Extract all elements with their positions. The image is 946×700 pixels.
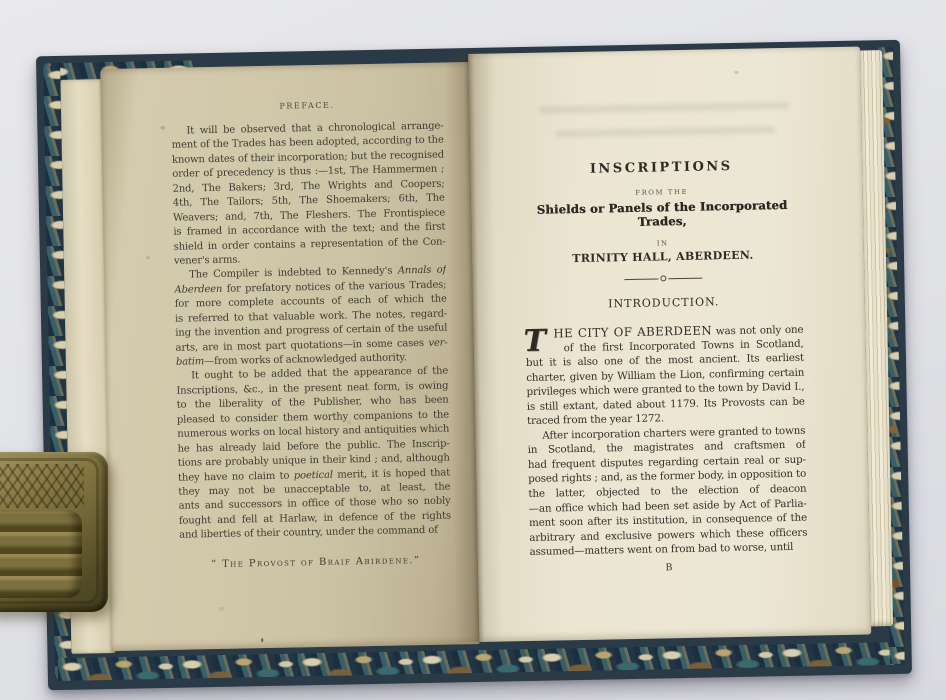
from-the-label: FROM THE — [523, 186, 801, 199]
preface-heading: PREFACE. — [171, 99, 443, 113]
showthrough-line — [556, 126, 776, 137]
title-and-introduction-block: INSCRIPTIONS FROM THE Shields or Panels … — [522, 158, 808, 576]
foxing-spot — [146, 256, 150, 259]
showthrough-line — [539, 102, 789, 114]
photo-background: { "left_page": { "running_head": "PREFAC… — [0, 0, 946, 700]
introduction-heading: INTRODUCTION. — [525, 294, 803, 312]
page-stains — [468, 47, 860, 55]
provost-quote: “ The Provost of Braif Abirdene.” — [180, 554, 452, 570]
intro-paragraph-1-wrap: T HE CITY OF ABERDEEN was not only oneof… — [525, 322, 805, 429]
ink-speck — [261, 638, 263, 642]
clamp-fingers — [0, 510, 82, 598]
intro-paragraph-2: After incorporation charters were grante… — [527, 423, 807, 559]
foxing-spot — [219, 607, 225, 611]
divider-bar — [668, 277, 702, 279]
inscriptions-title: INSCRIPTIONS — [522, 158, 800, 178]
preface-text-block: PREFACE. It will be observed that a chro… — [171, 99, 452, 571]
preface-paragraph-1: It will be observed that a chronological… — [171, 120, 446, 270]
open-book: PREFACE. It will be observed that a chro… — [36, 40, 912, 690]
brass-clamp — [0, 452, 108, 612]
clamp-cuff-hatch — [0, 464, 84, 508]
preface-paragraph-2: The Compiler is indebted to Kennedy's An… — [174, 264, 448, 370]
intro-paragraph-1: HE CITY OF ABERDEEN was not only oneof t… — [525, 322, 805, 429]
divider-bar — [624, 278, 658, 280]
left-page: PREFACE. It will be observed that a chro… — [100, 62, 479, 651]
signature-mark: B — [530, 559, 808, 575]
series-title: Shields or Panels of the Incorporated Tr… — [523, 198, 801, 231]
venue-title: TRINITY HALL, ABERDEEN. — [524, 248, 802, 266]
drop-cap-initial: T — [523, 327, 546, 356]
foxing-spot — [734, 71, 738, 74]
divider-dot — [660, 275, 666, 281]
right-page: INSCRIPTIONS FROM THE Shields or Panels … — [468, 47, 871, 642]
preface-paragraph-3: It ought to be added that the appearance… — [176, 365, 451, 543]
foxing-spot — [160, 126, 165, 130]
divider-ornament — [524, 273, 802, 284]
